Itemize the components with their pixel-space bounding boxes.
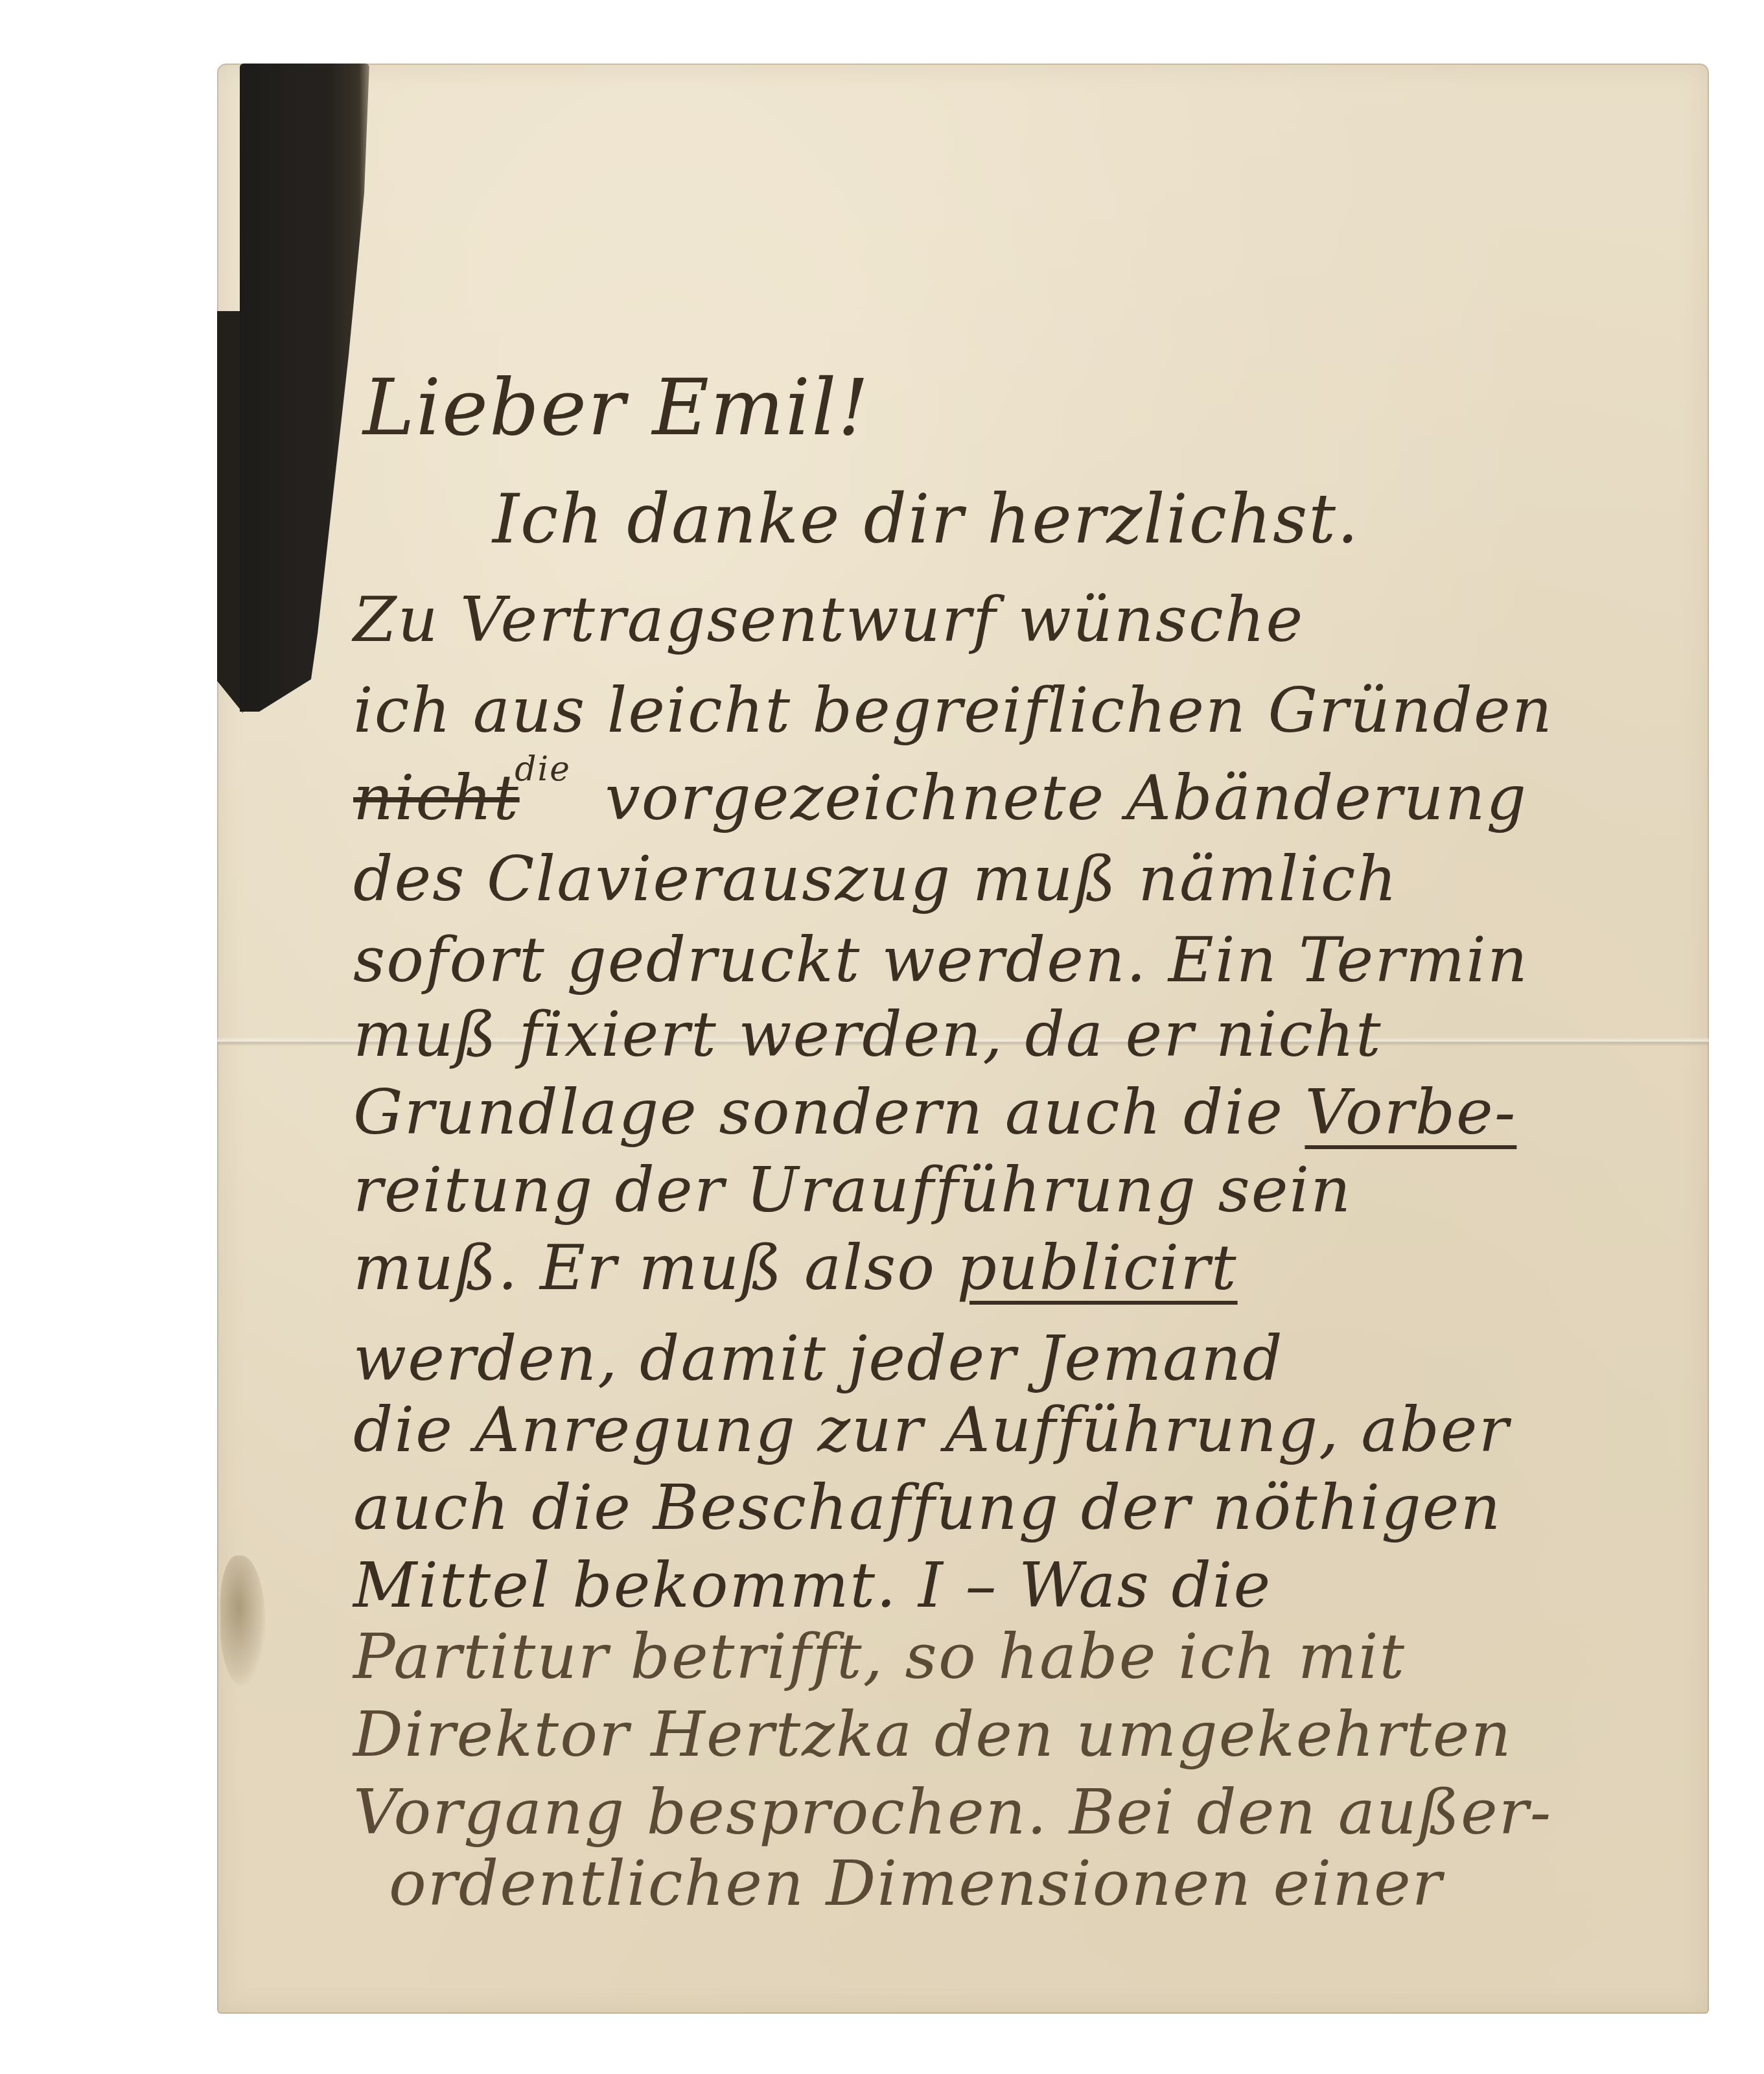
letter-line-13: Mittel bekommt. I – Was die (353, 1549, 1271, 1622)
letter-line-10: werden, damit jeder Jemand (353, 1322, 1284, 1395)
letter-body: Lieber Emil! Ich danke dir herzlichst. Z… (0, 0, 1764, 2074)
letter-line-11: die Anregung zur Aufführung, aber (353, 1393, 1510, 1466)
salutation: Lieber Emil! (363, 363, 870, 453)
letter-line-1: Zu Vertragsentwurf wünsche (353, 583, 1304, 656)
letter-line-5: sofort gedruckt werden. Ein Termin (353, 924, 1529, 996)
letter-line-12: auch die Beschaffung der nöthigen (353, 1471, 1502, 1544)
letter-line-14: Partitur betrifft, so habe ich mit (353, 1620, 1406, 1693)
letter-line-2: ich aus leicht begreiflichen Gründen (353, 674, 1553, 747)
letter-line-7: Grundlage sondern auch die Vorbe- (353, 1076, 1516, 1148)
letter-line-8: reitung der Uraufführung sein (353, 1154, 1352, 1226)
underlined-word: Vorbe- (1305, 1076, 1516, 1148)
letter-line-16: Vorgang besprochen. Bei den außer- (353, 1776, 1552, 1848)
letter-line-15: Direktor Hertzka den umgekehrten (353, 1698, 1512, 1771)
line-text: muß. Er muß also (353, 1231, 957, 1304)
letter-line-3: nicht die vorgezeichnete Abänderung (353, 762, 1527, 834)
inserted-word: die (515, 750, 571, 789)
underlined-word: publicirt (957, 1231, 1238, 1304)
struck-word: nicht (353, 762, 520, 834)
opening-line: Ich danke dir herzlichst. (493, 480, 1360, 559)
letter-line-17: ordentlichen Dimensionen einer (389, 1847, 1443, 1920)
letter-line-6: muß fixiert werden, da er nicht (353, 998, 1382, 1071)
letter-line-4: des Clavierauszug muß nämlich (353, 843, 1398, 915)
letter-line-9: muß. Er muß also publicirt (353, 1231, 1238, 1304)
line-text: Grundlage sondern auch die (353, 1076, 1305, 1148)
line-text: vorgezeichnete Abänderung (605, 762, 1527, 834)
